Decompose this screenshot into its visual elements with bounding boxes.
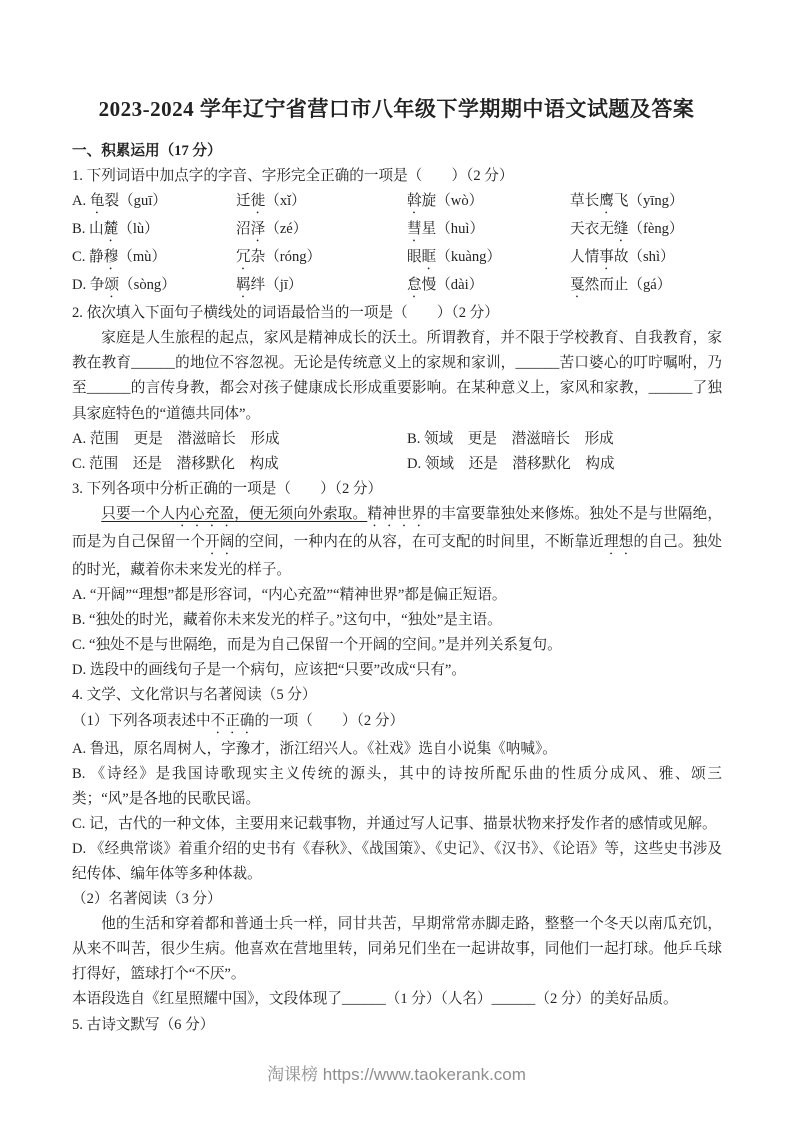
text-segment: 事: [599, 249, 614, 265]
q1-cell-a2: 迁徙（xǐ）: [236, 189, 407, 217]
text-segment: 斡: [407, 193, 422, 209]
text-segment: （mù）: [118, 249, 166, 265]
text-segment: 羁: [236, 277, 251, 293]
text-segment: B. 山: [72, 221, 104, 237]
text-segment: 星（huì）: [422, 221, 484, 237]
q1-cell-c3: 眼眶（kuàng）: [407, 245, 570, 273]
q2-passage: 家庭是人生旅程的起点，家风是精神成长的沃土。所谓教育，并不限于学校教育、自我教育…: [72, 326, 722, 426]
q1-cell-b3: 彗星（huì）: [407, 217, 570, 245]
text-segment: 天衣无: [570, 221, 614, 237]
q2-options-table: A. 范围 更是 潜滋暗长 形成 B. 领域 更是 潜滋暗长 形成 C. 范围 …: [72, 427, 722, 477]
text-segment: 裂（guī）: [104, 193, 166, 209]
q2-option-b: B. 领域 更是 潜滋暗长 形成: [407, 427, 722, 452]
section-1-heading: 一、积累运用（17 分）: [72, 139, 722, 164]
text-segment: 徙: [251, 193, 266, 209]
text-segment: ，便无须向外索取。: [234, 506, 367, 522]
text-segment: （sòng）: [119, 277, 176, 293]
text-segment: 鹰: [599, 193, 614, 209]
q1-cell-d2: 羁绊（jī）: [236, 273, 407, 301]
q1-cell-a1: A. 龟裂（guī）: [72, 189, 236, 217]
text-segment: 飞（yīng）: [614, 193, 684, 209]
text-segment: 眼: [407, 249, 422, 265]
q1-cell-c1: C. 静穆（mù）: [72, 245, 236, 273]
q3-option-c: C. “独处不是与世隔绝，而是为自己保留一个开阔的空间。”是并列关系复句。: [72, 633, 722, 658]
q1-cell-b1: B. 山麓（lù）: [72, 217, 236, 245]
text-segment: （zé）: [265, 221, 307, 237]
text-segment: 不正确: [211, 713, 255, 729]
footer-text: 淘课榜 https://www.taokerank.com: [267, 1065, 526, 1084]
q1-cell-c2: 冗杂（róng）: [236, 245, 407, 273]
text-segment: 彗: [407, 221, 422, 237]
q2-stem: 2. 依次填入下面句子横线处的词语最恰当的一项是（ ）（2 分）: [72, 301, 722, 326]
text-segment: 人情: [570, 249, 599, 265]
text-segment: 龟: [90, 193, 105, 209]
q3-passage: 只要一个人内心充盈，便无须向外索取。精神世界的丰富要靠独处来修炼。独处不是与世隔…: [72, 502, 722, 583]
text-segment: （xǐ）: [265, 193, 306, 209]
q1-cell-a4: 草长鹰飞（yīng）: [570, 189, 722, 217]
text-segment: 迁: [236, 193, 251, 209]
q3-stem: 3. 下列各项中分析正确的一项是（ ）（2 分）: [72, 477, 722, 502]
q3-option-a: A. “开阔”“理想”都是形容词，“内心充盈”“精神世界”都是偏正短语。: [72, 583, 722, 608]
text-segment: 内心充盈: [175, 506, 234, 522]
page-title: 2023-2024 学年辽宁省营口市八年级下学期期中语文试题及答案: [0, 0, 793, 123]
text-segment: （fèng）: [628, 221, 683, 237]
text-segment: 冗: [236, 249, 251, 265]
text-segment: 杂（róng）: [251, 249, 322, 265]
text-segment: 理想: [604, 534, 634, 550]
text-segment: 草长: [570, 193, 599, 209]
text-segment: 然而止（gá）: [585, 277, 672, 293]
text-segment: （lù）: [118, 221, 159, 237]
text-segment: （1）下列各项表述中: [72, 713, 211, 729]
text-segment: 的一项（ ）（2 分）: [254, 713, 404, 729]
q1-cell-c4: 人情事故（shì）: [570, 245, 722, 273]
text-segment: 麓: [104, 221, 119, 237]
q1-cell-b4: 天衣无缝（fèng）: [570, 217, 722, 245]
text-segment: A.: [72, 193, 90, 209]
q1-cell-a3: 斡旋（wò）: [407, 189, 570, 217]
text-segment: 慢（dài）: [422, 277, 484, 293]
text-segment: 沼: [236, 221, 251, 237]
text-segment: D. 争: [72, 277, 104, 293]
q4-sub2-passage: 他的生活和穿着都和普通士兵一样，同甘共苦，早期常常赤脚走路，整整一个冬天以南瓜充…: [72, 912, 722, 987]
footer-watermark: 淘课榜 https://www.taokerank.com: [0, 1060, 793, 1085]
text-segment: C. 静: [72, 249, 104, 265]
text-segment: 绊（jī）: [251, 277, 303, 293]
q2-option-a: A. 范围 更是 潜滋暗长 形成: [72, 427, 407, 452]
text-segment: 戛: [570, 277, 585, 293]
document-body: 一、积累运用（17 分） 1. 下列词语中加点字的字音、字形完全正确的一项是（ …: [72, 139, 722, 1038]
text-segment: 故（shì）: [614, 249, 675, 265]
q1-options-table: A. 龟裂（guī） 迁徙（xǐ） 斡旋（wò） 草长鹰飞（yīng） B. 山…: [72, 189, 722, 301]
q1-cell-d3: 怠慢（dài）: [407, 273, 570, 301]
q4-sub1-option-c: C. 记，古代的一种文体，主要用来记载事物，并通过写人记事、描景状物来抒发作者的…: [72, 812, 722, 837]
text-segment: 颂: [104, 277, 119, 293]
q4-sub1-stem: （1）下列各项表述中不正确的一项（ ）（2 分）: [72, 709, 722, 737]
q4-sub1-option-d: D. 《经典常谈》着重介绍的史书有《春秋》、《战国策》、《史记》、《汉书》、《论…: [72, 837, 722, 887]
q1-cell-d1: D. 争颂（sòng）: [72, 273, 236, 301]
q1-cell-d4: 戛然而止（gá）: [570, 273, 722, 301]
text-segment: 穆: [104, 249, 119, 265]
text-segment: 缝: [614, 221, 629, 237]
q2-option-c: C. 范围 还是 潜移默化 构成: [72, 452, 407, 477]
text-segment: 开阔: [205, 534, 235, 550]
text-segment: 泽: [251, 221, 266, 237]
q3-option-b: B. “独处的时光，藏着你未来发光的样子。”这句中，“独处”是主语。: [72, 608, 722, 633]
q4-heading: 4. 文学、文化常识与名著阅读（5 分）: [72, 683, 722, 708]
q1-cell-b2: 沼泽（zé）: [236, 217, 407, 245]
text-segment: 眶: [422, 249, 437, 265]
q3-option-d: D. 选段中的画线句子是一个病句，应该把“只要”改成“只有”。: [72, 658, 722, 683]
q4-sub1-option-b: B. 《诗经》是我国诗歌现实主义传统的源头，其中的诗按所配乐曲的性质分成风、雅、…: [72, 762, 722, 812]
q4-sub2-fill-line: 本语段选自《红星照耀中国》，文段体现了______（1 分）（人名）______…: [72, 987, 722, 1012]
text-segment: 只要一个人: [101, 506, 175, 522]
q4-sub1-option-a: A. 鲁迅，原名周树人，字豫才，浙江绍兴人。《社戏》选自小说集《呐喊》。: [72, 737, 722, 762]
text-segment: 怠: [407, 277, 422, 293]
document-page: 2023-2024 学年辽宁省营口市八年级下学期期中语文试题及答案 一、积累运用…: [0, 0, 793, 1122]
text-segment: （kuàng）: [436, 249, 501, 265]
q5-heading: 5. 古诗文默写（6 分）: [72, 1013, 722, 1038]
q4-sub2-heading: （2）名著阅读（3 分）: [72, 887, 722, 912]
text-segment: 精神世界: [367, 506, 426, 522]
text-segment: 旋（wò）: [422, 193, 484, 209]
text-segment: 的空间，一种内在的从容，在可支配的时间里，不断靠近: [235, 534, 604, 550]
q1-stem: 1. 下列词语中加点字的字音、字形完全正确的一项是（ ）（2 分）: [72, 164, 722, 189]
q2-option-d: D. 领域 还是 潜移默化 构成: [407, 452, 722, 477]
